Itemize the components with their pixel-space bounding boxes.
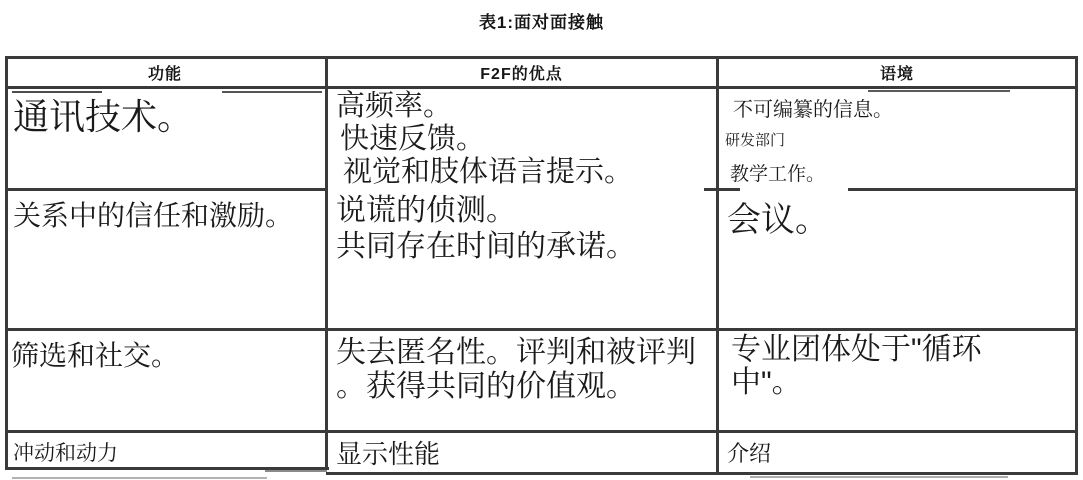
table-border-row1-segment <box>5 188 327 191</box>
cell-context-row4: 介绍 <box>727 437 771 468</box>
table-border-top <box>5 56 1078 59</box>
cell-line: 失去匿名性。评判和被评判 <box>336 336 696 370</box>
table-border-col-divider <box>325 56 328 470</box>
cell-context-row3: 专业团体处于"循环 中"。 <box>731 333 982 399</box>
table-border-bottom <box>326 472 1078 475</box>
cell-line: 快速反馈。 <box>340 123 633 156</box>
cell-line: 不可编纂的信息。 <box>733 93 893 122</box>
cell-line: 视觉和肢体语言提示。 <box>343 156 633 189</box>
table-border-row3-bottom <box>5 430 1078 433</box>
scan-artifact <box>868 90 1010 92</box>
cell-advantages-row3: 失去匿名性。评判和被评判 。获得共同的价值观。 <box>336 336 696 404</box>
cell-line: 研发部门 <box>725 129 893 150</box>
cell-line: 高频率。 <box>336 90 633 123</box>
table-border-col-divider <box>716 56 719 475</box>
cell-function-row3: 筛选和社交。 <box>11 334 179 374</box>
scan-artifact <box>12 477 267 479</box>
header-cell-context: 语境 <box>719 61 1075 84</box>
scanned-table-page: 表1:面对面接触 功能 F2F的优点 语境 通讯技术。 高频率。 快速反馈。 视… <box>0 0 1083 480</box>
cell-advantages-row2: 说谎的侦测。 共同存在时间的承诺。 <box>336 193 636 265</box>
cell-advantages-row1: 高频率。 快速反馈。 视觉和肢体语言提示。 <box>336 90 633 189</box>
cell-line: 共同存在时间的承诺。 <box>336 229 636 265</box>
cell-line: 教学工作。 <box>730 159 893 186</box>
cell-function-row2: 关系中的信任和激励。 <box>13 194 293 234</box>
cell-line: 中"。 <box>731 366 982 399</box>
scan-artifact <box>265 470 327 472</box>
table-border-left <box>5 56 8 470</box>
cell-context-row2: 会议。 <box>727 192 829 241</box>
table-border-row1-segment <box>848 188 1078 191</box>
header-cell-f2f-advantages: F2F的优点 <box>327 61 716 84</box>
cell-line: 。获得共同的价值观。 <box>336 370 696 404</box>
scan-artifact <box>750 476 1008 478</box>
cell-function-row4: 冲动和动力 <box>13 437 118 467</box>
cell-line: 专业团体处于"循环 <box>731 333 982 366</box>
cell-function-row1: 通讯技术。 <box>13 89 193 140</box>
table-title: 表1:面对面接触 <box>0 8 1083 33</box>
cell-line: 说谎的侦测。 <box>336 193 636 229</box>
table-border-row1-segment <box>704 188 740 191</box>
table-border-right <box>1075 56 1078 475</box>
scan-artifact <box>222 91 322 93</box>
header-cell-function: 功能 <box>5 61 325 84</box>
table-border-row2-bottom <box>5 328 1078 331</box>
cell-advantages-row4: 显示性能 <box>336 434 440 471</box>
cell-context-row1: 不可编纂的信息。 研发部门 教学工作。 <box>725 93 893 186</box>
